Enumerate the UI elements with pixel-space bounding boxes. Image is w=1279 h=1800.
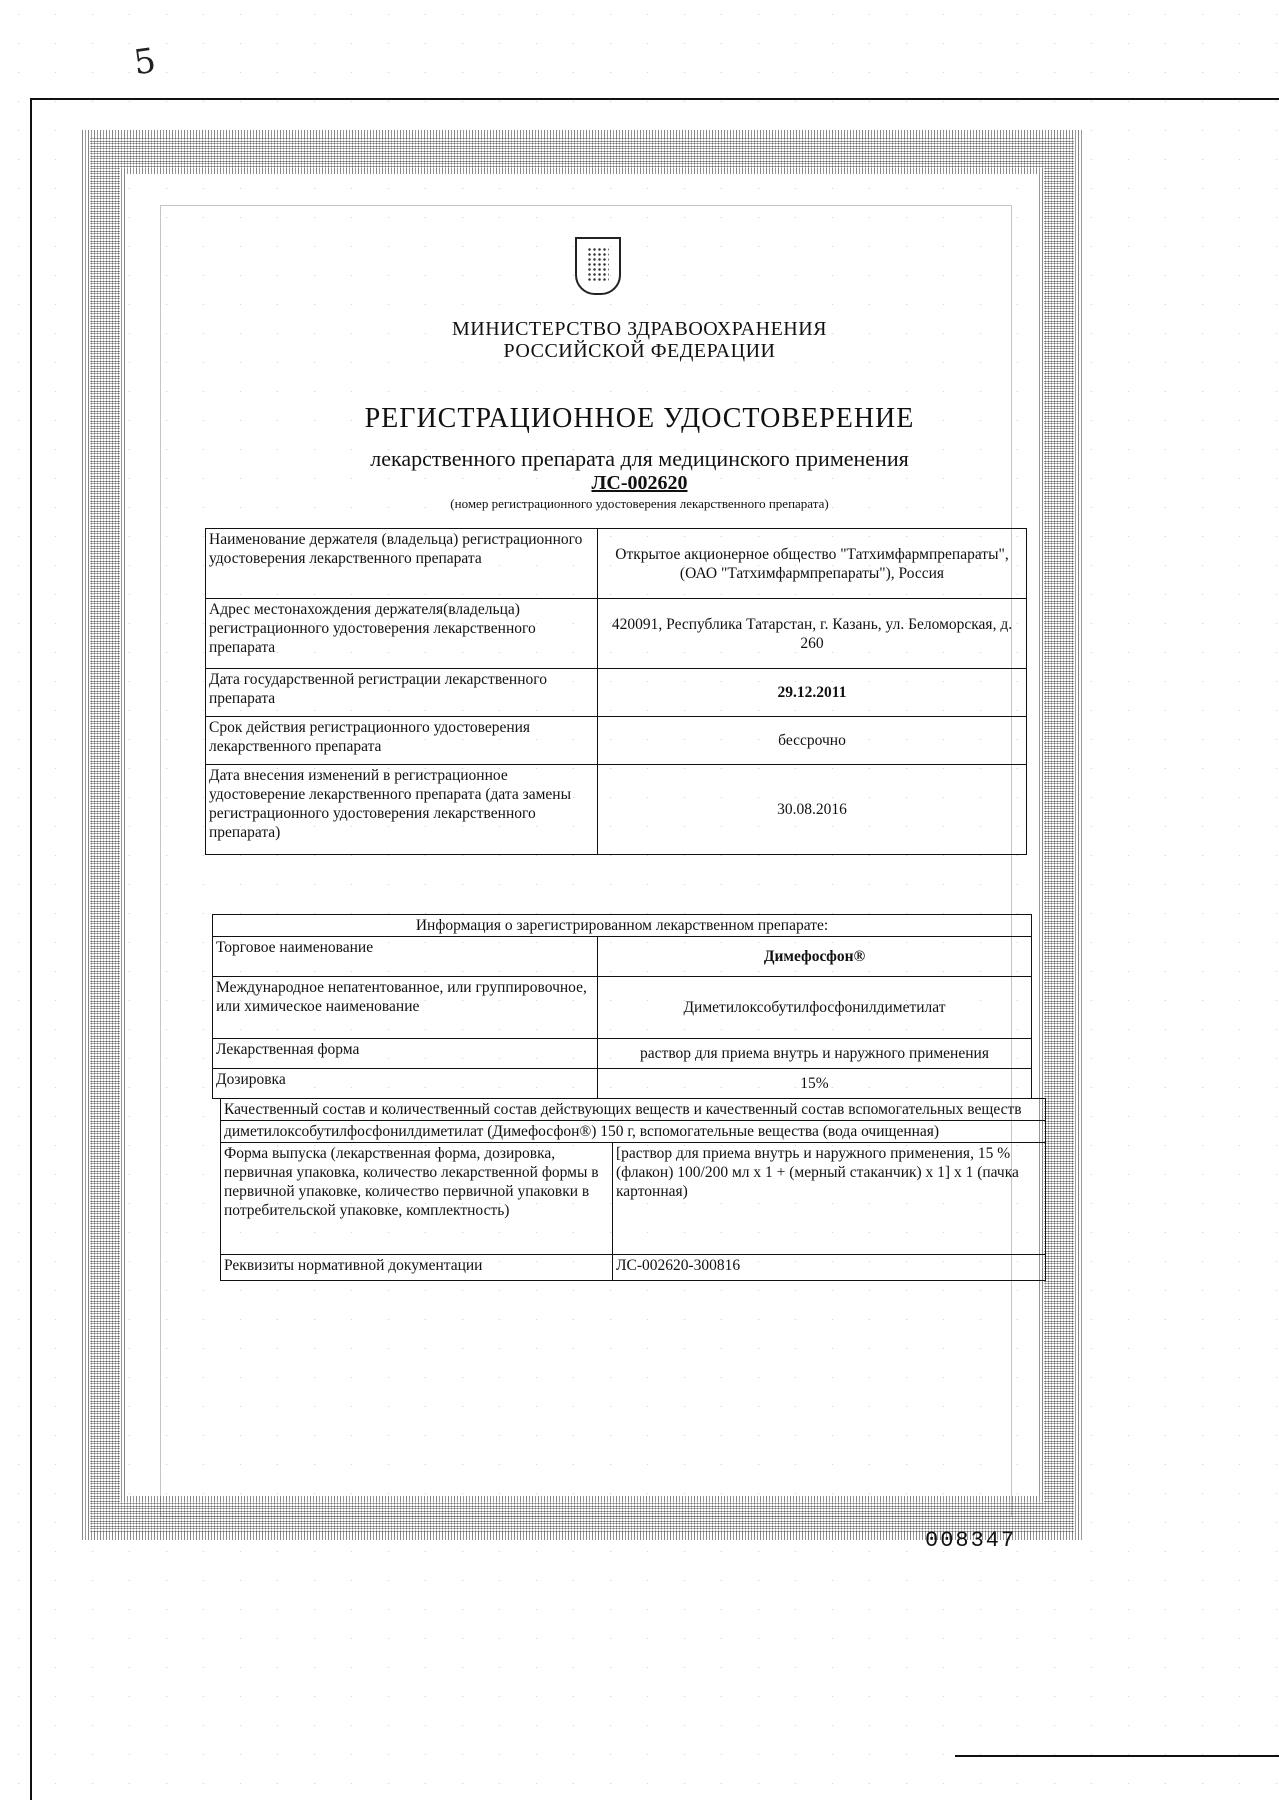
table-row: Лекарственная форма раствор для приема в… [213, 1039, 1032, 1069]
composition-value: диметилоксобутилфосфонилдиметилат (Димеф… [221, 1121, 1046, 1143]
scan-frame-edge [955, 1755, 1279, 1757]
table-row: Форма выпуска (лекарственная форма, дози… [221, 1143, 1046, 1255]
drug-info-section-title: Информация о зарегистрированном лекарств… [213, 915, 1032, 937]
change-date-value: 30.08.2016 [598, 765, 1027, 855]
composition-title: Качественный состав и количественный сос… [221, 1099, 1046, 1121]
table-row: Информация о зарегистрированном лекарств… [213, 915, 1032, 937]
inn-label: Международное непатентованное, или групп… [213, 977, 598, 1039]
trade-name-value: Димефосфон® [598, 937, 1032, 977]
handwritten-page-mark: 5 [131, 41, 158, 84]
drug-info-table: Информация о зарегистрированном лекарств… [212, 914, 1032, 1099]
holder-table: Наименование держателя (владельца) регис… [205, 528, 1027, 855]
trade-name-label: Торговое наименование [213, 937, 598, 977]
table-row: диметилоксобутилфосфонилдиметилат (Димеф… [221, 1121, 1046, 1143]
table-row: Международное непатентованное, или групп… [213, 977, 1032, 1039]
dosage-value: 15% [598, 1069, 1032, 1099]
release-form-value: [раствор для приема внутрь и наружного п… [613, 1143, 1046, 1255]
release-form-label: Форма выпуска (лекарственная форма, дози… [221, 1143, 613, 1255]
table-row: Дата внесения изменений в регистрационно… [206, 765, 1027, 855]
table-row: Наименование держателя (владельца) регис… [206, 529, 1027, 599]
dosage-form-value: раствор для приема внутрь и наружного пр… [598, 1039, 1032, 1069]
validity-value: бессрочно [598, 717, 1027, 765]
registration-date-label: Дата государственной регистрации лекарст… [206, 669, 598, 717]
document-title: РЕГИСТРАЦИОННОЕ УДОСТОВЕРЕНИЕ [0, 403, 1279, 435]
normative-doc-value: ЛС-002620-300816 [613, 1255, 1046, 1281]
form-serial-number: 008347 [925, 1528, 1016, 1553]
table-row: Качественный состав и количественный сос… [221, 1099, 1046, 1121]
ministry-country: РОССИЙСКОЙ ФЕДЕРАЦИИ [0, 340, 1279, 363]
document-subtitle: лекарственного препарата для медицинског… [0, 446, 1279, 472]
inner-frame [160, 205, 1012, 1517]
table-row: Адрес местонахождения держателя(владельц… [206, 599, 1027, 669]
table-row: Реквизиты нормативной документации ЛС-00… [221, 1255, 1046, 1281]
table-row: Срок действия регистрационного удостовер… [206, 717, 1027, 765]
holder-name-value: Открытое акционерное общество "Татхимфар… [598, 529, 1027, 599]
composition-table: Качественный состав и количественный сос… [220, 1098, 1046, 1281]
coat-of-arms-icon [575, 237, 621, 295]
ministry-name: МИНИСТЕРСТВО ЗДРАВООХРАНЕНИЯ [0, 318, 1279, 341]
holder-address-value: 420091, Республика Татарстан, г. Казань,… [598, 599, 1027, 669]
holder-address-label: Адрес местонахождения держателя(владельц… [206, 599, 598, 669]
table-row: Дата государственной регистрации лекарст… [206, 669, 1027, 717]
table-row: Торговое наименование Димефосфон® [213, 937, 1032, 977]
certificate-number: ЛС-002620 [0, 472, 1279, 495]
validity-label: Срок действия регистрационного удостовер… [206, 717, 598, 765]
table-row: Дозировка 15% [213, 1069, 1032, 1099]
inn-value: Диметилоксобутилфосфонилдиметилат [598, 977, 1032, 1039]
normative-doc-label: Реквизиты нормативной документации [221, 1255, 613, 1281]
scan-frame-edge [30, 98, 1279, 100]
change-date-label: Дата внесения изменений в регистрационно… [206, 765, 598, 855]
certificate-number-caption: (номер регистрационного удостоверения ле… [0, 496, 1279, 512]
registration-date-value: 29.12.2011 [598, 669, 1027, 717]
holder-name-label: Наименование держателя (владельца) регис… [206, 529, 598, 599]
dosage-form-label: Лекарственная форма [213, 1039, 598, 1069]
dosage-label: Дозировка [213, 1069, 598, 1099]
